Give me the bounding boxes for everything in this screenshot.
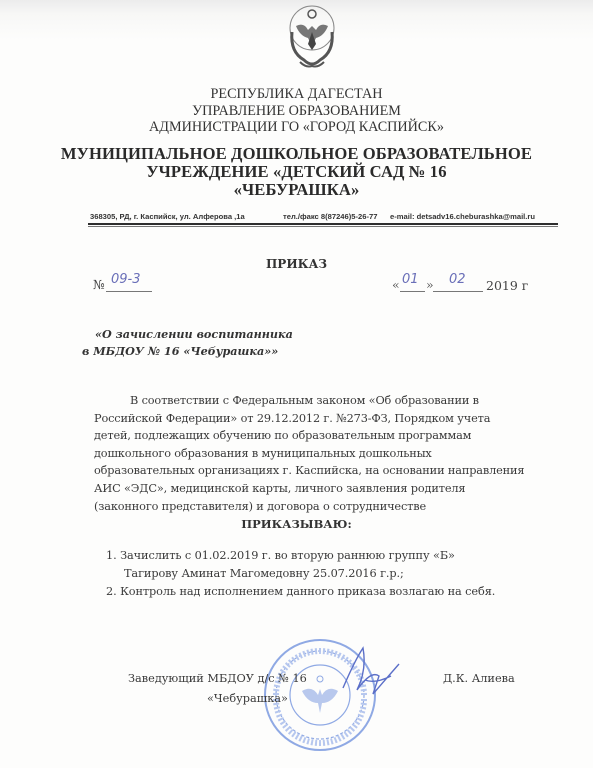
order-item: 1. Зачислить с 01.02.2019 г. во вторую р… [106,547,495,565]
body-line: образовательных организациях г. Каспийск… [94,462,564,480]
item-continuation: Тагирову Аминат Магомедовну 25.07.2016 г… [106,565,495,583]
order-number-underline [106,291,152,292]
body-line: АИС «ЭДС», медицинской карты, личного за… [94,480,564,498]
item-text: Контроль над исполнением данного приказа… [120,585,495,598]
order-title: ПРИКАЗ [0,257,593,271]
date-open-quote: « [392,277,400,292]
order-day-value: 01 [402,272,419,287]
order-preamble: В соответствии с Федеральным законом «Об… [94,392,564,515]
item-number: 1. [106,549,117,562]
email: e-mail: detsadv16.cheburashka@mail.ru [390,212,535,221]
subject-line: «О зачислении воспитанника [95,326,293,343]
document-page: РЕСПУБЛИКА ДАГЕСТАН УПРАВЛЕНИЕ ОБРАЗОВАН… [0,0,593,768]
item-number: 2. [106,585,117,598]
coat-of-arms-emblem-icon [286,2,338,70]
org-line: «ЧЕБУРАШКА» [0,181,593,199]
header-divider-thin [88,226,558,227]
order-item: 2. Контроль над исполнением данного прик… [106,583,495,601]
date-close-quote: » [426,277,434,292]
subject-line: в МБДОУ № 16 «Чебурашка»» [82,343,293,360]
order-number-value: 09-3 [111,272,141,287]
order-year: 2019 г [486,278,528,293]
header-line: УПРАВЛЕНИЕ ОБРАЗОВАНИЕМ [0,103,593,120]
signer-name: Д.К. Алиева [443,672,515,685]
month-underline [433,291,483,292]
signer-organization: «Чебурашка» [207,692,288,705]
org-line: УЧРЕЖДЕНИЕ «ДЕТСКИЙ САД № 16 [0,163,593,181]
body-line: дошкольного образования в муниципальных … [94,445,564,463]
header-line: АДМИНИСТРАЦИИ ГО «ГОРОД КАСПИЙСК» [0,119,593,136]
body-line: детей, подлежащих обучению по образовате… [94,427,564,445]
day-underline [400,291,425,292]
order-verb-heading: ПРИКАЗЫВАЮ: [0,517,593,531]
address: 368305, РД, г. Каспийск, ул. Алферова ,1… [90,212,245,221]
org-line: МУНИЦИПАЛЬНОЕ ДОШКОЛЬНОЕ ОБРАЗОВАТЕЛЬНОЕ [0,145,593,163]
header-divider [88,223,558,225]
order-month-value: 02 [449,272,466,287]
signature-scribble-icon [335,640,405,710]
body-line: (законного представителя) и договора о с… [94,498,564,516]
authority-header: РЕСПУБЛИКА ДАГЕСТАН УПРАВЛЕНИЕ ОБРАЗОВАН… [0,86,593,136]
item-text: Зачислить с 01.02.2019 г. во вторую ранн… [120,549,455,562]
body-line: В соответствии с Федеральным законом «Об… [94,392,564,410]
phone: тел./факс 8(87246)5-26-77 [283,212,377,221]
header-line: РЕСПУБЛИКА ДАГЕСТАН [0,86,593,103]
order-subject: «О зачислении воспитанника в МБДОУ № 16 … [95,326,293,359]
body-line: Российской Федерации» от 29.12.2012 г. №… [94,410,564,428]
signer-title: Заведующий МБДОУ д/с № 16 [128,672,307,685]
order-number-label: № [93,277,105,292]
organization-title: МУНИЦИПАЛЬНОЕ ДОШКОЛЬНОЕ ОБРАЗОВАТЕЛЬНОЕ… [0,145,593,199]
order-items-list: 1. Зачислить с 01.02.2019 г. во вторую р… [106,547,495,600]
